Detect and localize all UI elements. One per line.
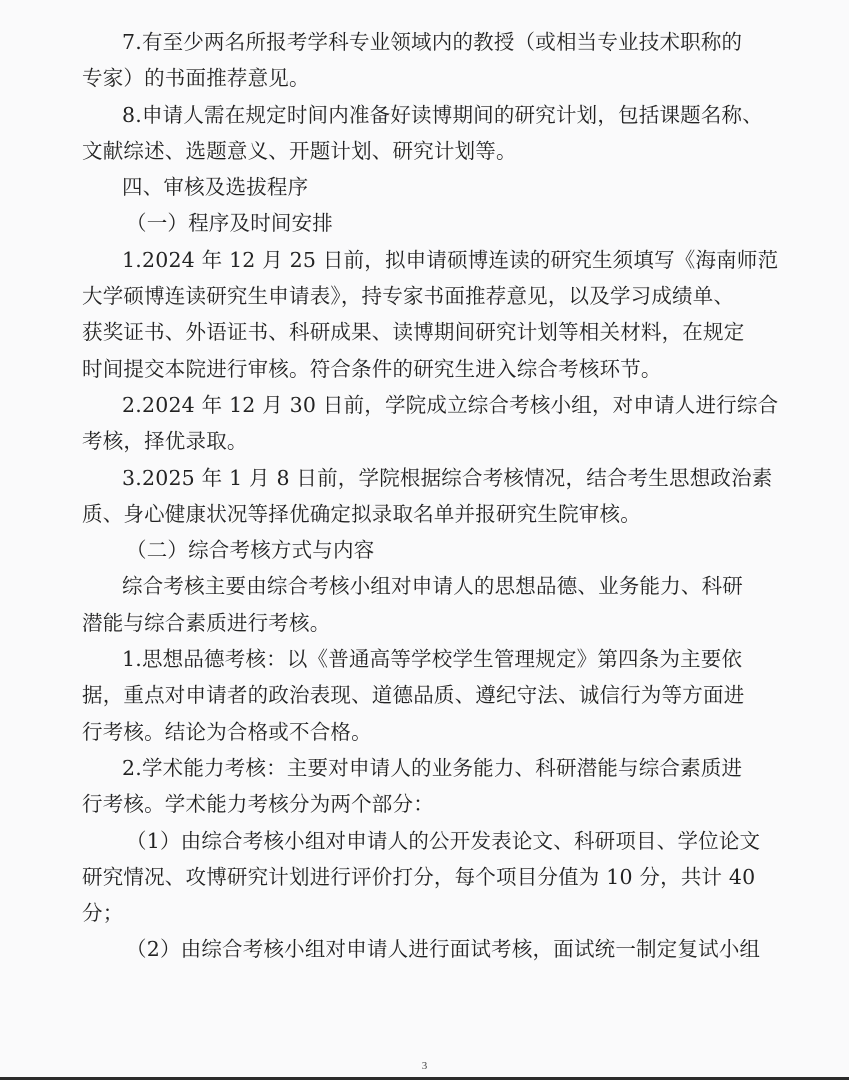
text-line: 文献综述、选题意义、开题计划、研究计划等。 <box>82 133 784 169</box>
text-line: 8.申请人需在规定时间内准备好读博期间的研究计划，包括课题名称、 <box>82 97 784 133</box>
text-line: 2.学术能力考核：主要对申请人的业务能力、科研潜能与综合素质进 <box>82 750 784 786</box>
text-line: 考核，择优录取。 <box>82 423 784 459</box>
document-page: 7.有至少两名所报考学科专业领域内的教授（或相当专业技术职称的 专家）的书面推荐… <box>0 0 849 1077</box>
text-line: 据，重点对申请者的政治表现、道德品质、遵纪守法、诚信行为等方面进 <box>82 677 784 713</box>
text-line: 3.2025 年 1 月 8 日前，学院根据综合考核情况，结合考生思想政治素 <box>82 460 784 496</box>
text-line: （2）由综合考核小组对申请人进行面试考核，面试统一制定复试小组 <box>82 931 784 967</box>
text-line: 行考核。学术能力考核分为两个部分： <box>82 786 784 822</box>
text-line: 行考核。结论为合格或不合格。 <box>82 714 784 750</box>
text-line: （1）由综合考核小组对申请人的公开发表论文、科研项目、学位论文 <box>82 823 784 859</box>
text-line: 7.有至少两名所报考学科专业领域内的教授（或相当专业技术职称的 <box>82 24 784 60</box>
subsection-heading: （一）程序及时间安排 <box>82 205 784 241</box>
text-line: 潜能与综合素质进行考核。 <box>82 605 784 641</box>
document-body: 7.有至少两名所报考学科专业领域内的教授（或相当专业技术职称的 专家）的书面推荐… <box>82 24 784 968</box>
text-line: 2.2024 年 12 月 30 日前，学院成立综合考核小组，对申请人进行综合 <box>82 387 784 423</box>
text-line: 时间提交本院进行审核。符合条件的研究生进入综合考核环节。 <box>82 351 784 387</box>
page-number: 3 <box>0 1060 849 1072</box>
text-line: 研究情况、攻博研究计划进行评价打分，每个项目分值为 10 分，共计 40 <box>82 859 784 895</box>
text-line: 专家）的书面推荐意见。 <box>82 60 784 96</box>
subsection-heading: （二）综合考核方式与内容 <box>82 532 784 568</box>
section-heading: 四、审核及选拔程序 <box>82 169 784 205</box>
text-line: 综合考核主要由综合考核小组对申请人的思想品德、业务能力、科研 <box>82 568 784 604</box>
text-line: 1.2024 年 12 月 25 日前，拟申请硕博连读的研究生须填写《海南师范 <box>82 242 784 278</box>
text-line: 分； <box>82 895 784 931</box>
text-line: 大学硕博连读研究生申请表》，持专家书面推荐意见，以及学习成绩单、 <box>82 278 784 314</box>
text-line: 获奖证书、外语证书、科研成果、读博期间研究计划等相关材料，在规定 <box>82 314 784 350</box>
text-line: 1.思想品德考核：以《普通高等学校学生管理规定》第四条为主要依 <box>82 641 784 677</box>
text-line: 质、身心健康状况等择优确定拟录取名单并报研究生院审核。 <box>82 496 784 532</box>
